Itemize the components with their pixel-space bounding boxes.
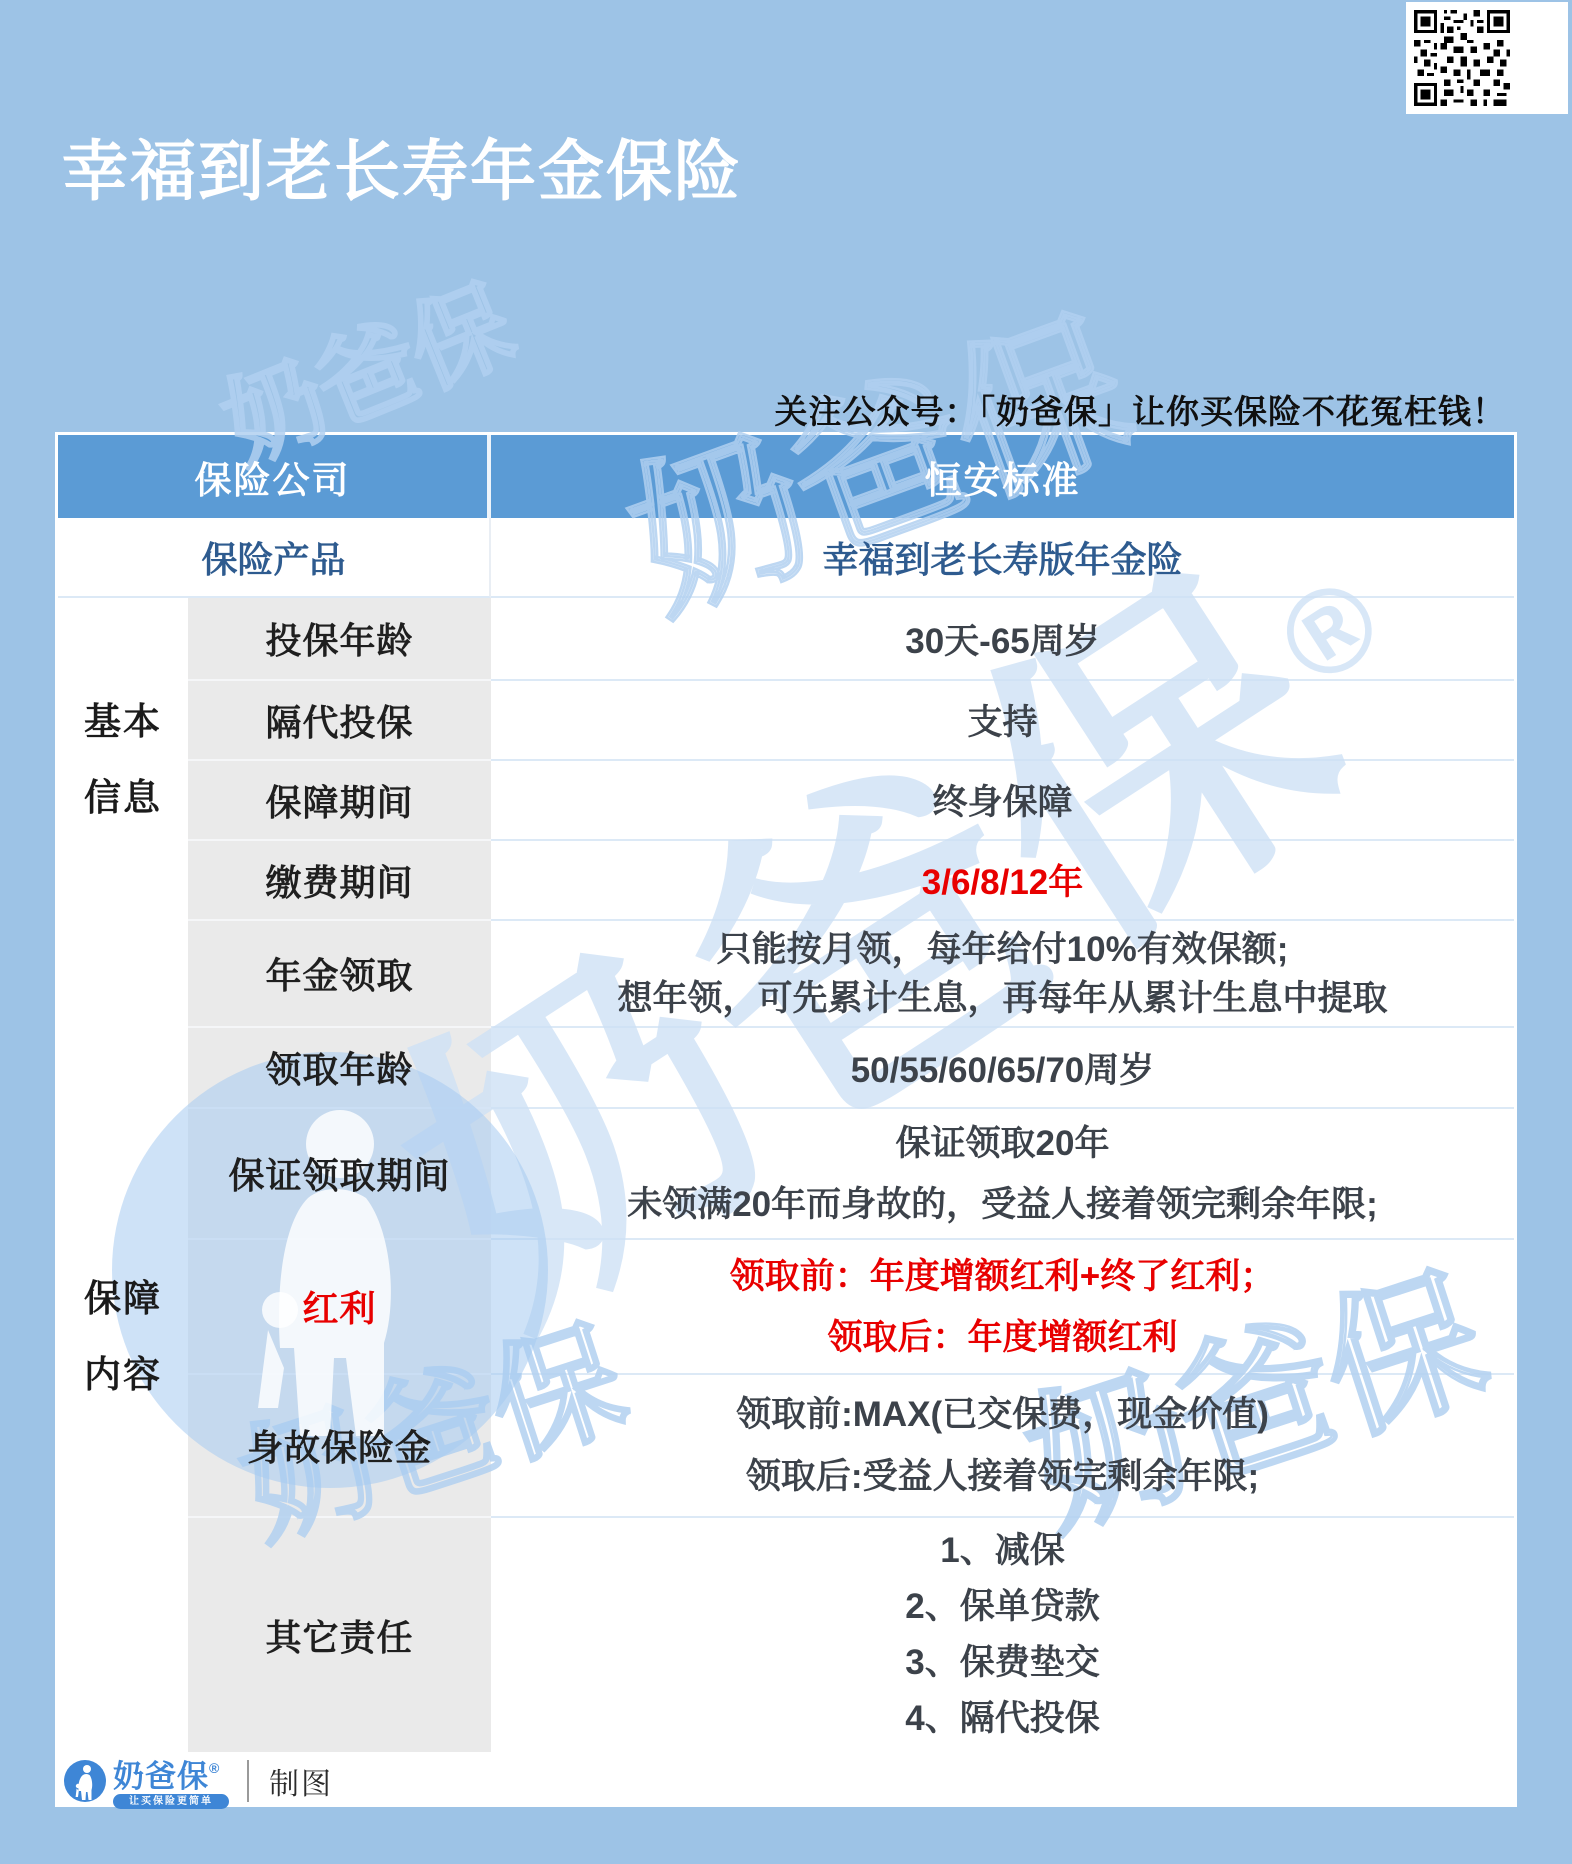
footer-bar: 奶爸保® 让买保险更简单 制图 (55, 1755, 1517, 1807)
row-label-other-liabilities: 其它责任 (188, 1518, 491, 1752)
qr-code-icon (1414, 10, 1510, 106)
row-value-entry-age: 30天-65周岁 (491, 598, 1514, 681)
row-value-dividend: 领取前：年度增额红利+终了红利； 领取后：年度增额红利 (491, 1240, 1514, 1375)
row-value-skip-generation: 支持 (491, 681, 1514, 761)
poster-page: { "page": { "title": "幸福到老长寿年金保险", "noti… (0, 0, 1572, 1864)
official-account-notice: 关注公众号：「奶爸保」让你买保险不花冤枉钱！ (775, 386, 1507, 433)
row-value-coverage-period: 终身保障 (491, 761, 1514, 841)
row-label-payment-period: 缴费期间 (188, 841, 491, 921)
row-label-skip-generation: 隔代投保 (188, 681, 491, 761)
brand-block: 奶爸保® 让买保险更简单 (113, 1753, 229, 1809)
table-header-label: 保险公司 (58, 435, 491, 518)
row-label-death-benefit: 身故保险金 (188, 1375, 491, 1518)
row-value-death-benefit: 领取前:MAX(已交保费，现金价值) 领取后:受益人接着领完剩余年限; (491, 1375, 1514, 1518)
row-label-coverage-period: 保障期间 (188, 761, 491, 841)
group-coverage-content: 保障 内容 (58, 921, 188, 1752)
row-label-collection-age: 领取年龄 (188, 1028, 491, 1109)
row-label-product: 保险产品 (58, 518, 491, 598)
row-label-annuity-collection: 年金领取 (188, 921, 491, 1028)
row-value-collection-age: 50/55/60/65/70周岁 (491, 1028, 1514, 1109)
brand-slogan-badge: 让买保险更简单 (113, 1794, 229, 1809)
credit-label: 制图 (269, 1759, 333, 1803)
registered-mark: ® (209, 1760, 220, 1776)
table-header-value: 恒安标准 (491, 435, 1514, 518)
page-title: 幸福到老长寿年金保险 (62, 118, 742, 213)
row-label-guaranteed-period: 保证领取期间 (188, 1109, 491, 1240)
row-value-product: 幸福到老长寿版年金险 (491, 518, 1514, 598)
group-basic-info: 基本 信息 (58, 598, 188, 921)
row-value-other-liabilities: 1、减保 2、保单贷款 3、保费垫交 4、隔代投保 (491, 1518, 1514, 1752)
row-label-entry-age: 投保年龄 (188, 598, 491, 681)
qr-code (1406, 2, 1568, 114)
row-value-annuity-collection: 只能按月领，每年给付10%有效保额; 想年领，可先累计生息，再每年从累计生息中提… (491, 921, 1514, 1028)
footer-divider (247, 1760, 249, 1802)
row-value-payment-period: 3/6/8/12年 (491, 841, 1514, 921)
brand-logo-icon (63, 1759, 107, 1803)
row-label-dividend: 红利 (188, 1240, 491, 1375)
row-value-guaranteed-period: 保证领取20年 未领满20年而身故的，受益人接着领完剩余年限; (491, 1109, 1514, 1240)
brand-name: 奶爸保® (113, 1753, 229, 1792)
product-info-table: 保险公司 恒安标准 保险产品 幸福到老长寿版年金险 基本 信息 保障 内容 投保… (55, 432, 1517, 1755)
